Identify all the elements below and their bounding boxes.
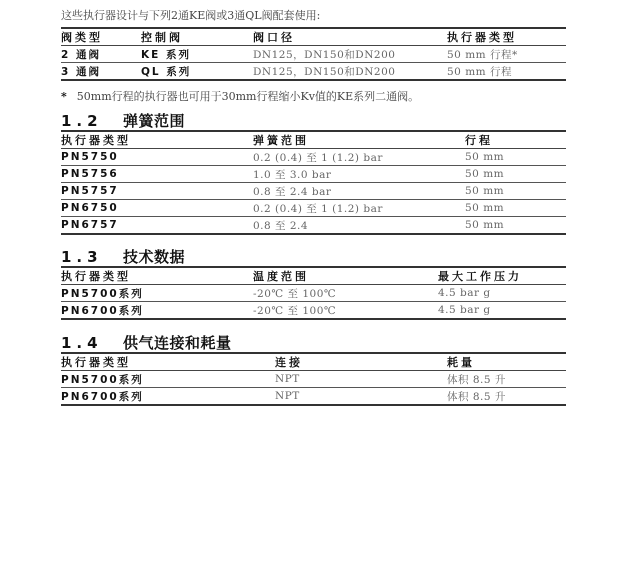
cell-actuator-type: PN6700系列 [61,388,275,406]
cell-stroke: 50 mm [465,183,566,200]
cell-consumption: 体积 8.5 升 [447,388,566,406]
cell-actuator-type: PN6700系列 [61,302,253,320]
cell-actuator-type: PN5700系列 [61,371,275,388]
cell-spring-range: 0.8 至 2.4 [253,217,465,235]
table-row: PN5757 0.8 至 2.4 bar 50 mm [61,183,566,200]
section-heading: 弹簧范围 [123,112,185,130]
table-row: PN6750 0.2 (0.4) 至 1 (1.2) bar 50 mm [61,200,566,217]
table-row: PN5756 1.0 至 3.0 bar 50 mm [61,166,566,183]
header-actuator-type: 执行器类型 [61,131,253,149]
table-row: PN5700系列 -20℃ 至 100℃ 4.5 bar g [61,285,566,302]
header-valve-size: 阀口径 [253,28,447,46]
valve-table: 阀类型 控制阀 阀口径 执行器类型 2 通阀 KE 系列 DN125，DN150… [61,27,566,81]
footnote: *50mm行程的执行器也可用于30mm行程缩小Kv值的KE系列二通阀。 [61,88,419,104]
cell-actuator-type: PN5700系列 [61,285,253,302]
cell-actuator-type: PN5757 [61,183,253,200]
header-max-pressure: 最大工作压力 [438,267,566,285]
cell-actuator-type: PN5756 [61,166,253,183]
header-actuator-type: 执行器类型 [61,353,275,371]
cell-max-pressure: 4.5 bar g [438,302,566,320]
table-row: PN6700系列 NPT 体积 8.5 升 [61,388,566,406]
section-title-air-supply: 1.4供气连接和耗量 [61,332,232,353]
cell-stroke: 50 mm [465,149,566,166]
header-control-valve: 控制阀 [141,28,253,46]
cell-stroke: 50 mm [465,166,566,183]
header-stroke: 行程 [465,131,566,149]
cell-control-valve: QL 系列 [141,63,253,81]
technical-data-table: 执行器类型 温度范围 最大工作压力 PN5700系列 -20℃ 至 100℃ 4… [61,266,566,320]
header-spring-range: 弹簧范围 [253,131,465,149]
cell-actuator-type: PN6757 [61,217,253,235]
table-row: 2 通阀 KE 系列 DN125，DN150和DN200 50 mm 行程* [61,46,566,63]
cell-temperature-range: -20℃ 至 100℃ [253,285,438,302]
header-actuator-type: 执行器类型 [61,267,253,285]
cell-connection: NPT [275,388,447,406]
table-row: PN5700系列 NPT 体积 8.5 升 [61,371,566,388]
cell-connection: NPT [275,371,447,388]
cell-valve-size: DN125，DN150和DN200 [253,63,447,81]
intro-text: 这些执行器设计与下列2通KE阀或3通QL阀配套使用: [61,7,320,23]
cell-valve-type: 3 通阀 [61,63,141,81]
cell-valve-type: 2 通阀 [61,46,141,63]
cell-spring-range: 0.2 (0.4) 至 1 (1.2) bar [253,149,465,166]
header-actuator-type: 执行器类型 [447,28,566,46]
cell-temperature-range: -20℃ 至 100℃ [253,302,438,320]
cell-spring-range: 1.0 至 3.0 bar [253,166,465,183]
table-header-row: 执行器类型 温度范围 最大工作压力 [61,267,566,285]
spring-range-table: 执行器类型 弹簧范围 行程 PN5750 0.2 (0.4) 至 1 (1.2)… [61,130,566,235]
cell-stroke: 50 mm [465,200,566,217]
table-row: 3 通阀 QL 系列 DN125，DN150和DN200 50 mm 行程 [61,63,566,81]
footnote-marker: * [61,90,67,103]
header-valve-type: 阀类型 [61,28,141,46]
cell-actuator-type: PN5750 [61,149,253,166]
cell-actuator-type: 50 mm 行程* [447,46,566,63]
cell-actuator-type: PN6750 [61,200,253,217]
section-title-spring-range: 1.2弹簧范围 [61,110,185,131]
header-connection: 连接 [275,353,447,371]
cell-spring-range: 0.8 至 2.4 bar [253,183,465,200]
table-row: PN5750 0.2 (0.4) 至 1 (1.2) bar 50 mm [61,149,566,166]
table-row: PN6757 0.8 至 2.4 50 mm [61,217,566,235]
section-heading: 技术数据 [123,248,185,266]
cell-max-pressure: 4.5 bar g [438,285,566,302]
cell-consumption: 体积 8.5 升 [447,371,566,388]
cell-control-valve: KE 系列 [141,46,253,63]
section-number: 1.4 [61,334,123,352]
cell-actuator-type: 50 mm 行程 [447,63,566,81]
section-number: 1.2 [61,112,123,130]
section-title-technical-data: 1.3技术数据 [61,246,185,267]
section-number: 1.3 [61,248,123,266]
table-header-row: 阀类型 控制阀 阀口径 执行器类型 [61,28,566,46]
header-temperature-range: 温度范围 [253,267,438,285]
cell-valve-size: DN125，DN150和DN200 [253,46,447,63]
cell-spring-range: 0.2 (0.4) 至 1 (1.2) bar [253,200,465,217]
cell-stroke: 50 mm [465,217,566,235]
table-header-row: 执行器类型 连接 耗量 [61,353,566,371]
footnote-text: 50mm行程的执行器也可用于30mm行程缩小Kv值的KE系列二通阀。 [77,90,419,103]
table-header-row: 执行器类型 弹簧范围 行程 [61,131,566,149]
section-heading: 供气连接和耗量 [123,334,232,352]
header-consumption: 耗量 [447,353,566,371]
air-supply-table: 执行器类型 连接 耗量 PN5700系列 NPT 体积 8.5 升 PN6700… [61,352,566,406]
table-row: PN6700系列 -20℃ 至 100℃ 4.5 bar g [61,302,566,320]
